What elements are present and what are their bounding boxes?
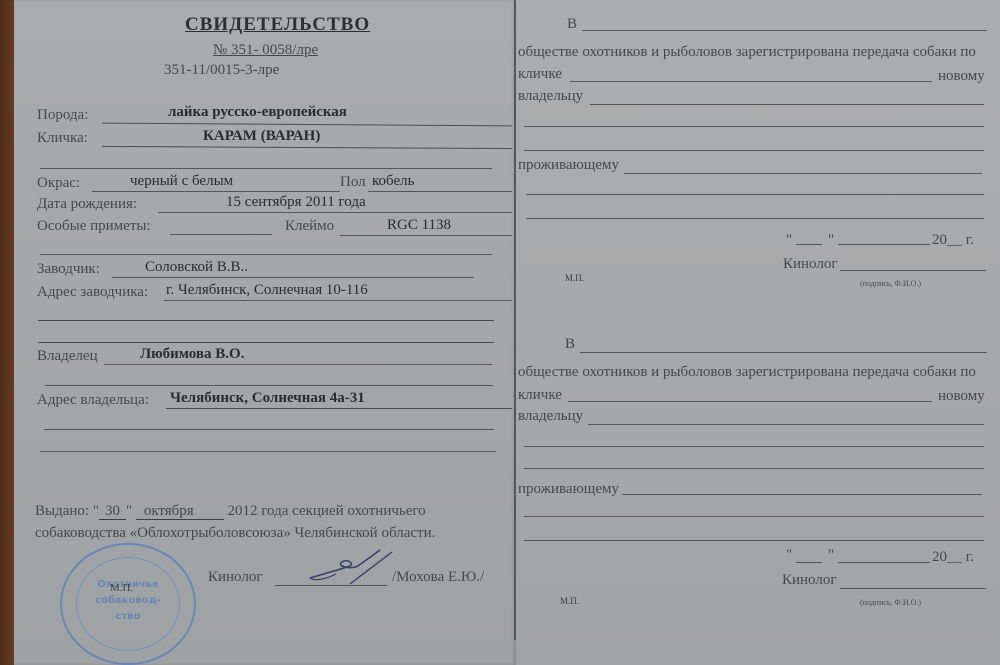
transfer1-name-label: кличке [518,66,562,83]
blank-line [38,342,494,343]
name-value: КАРАМ (ВАРАН) [203,128,320,145]
transfer2-residing-line [622,494,982,495]
transfer1-date-quote-open: " [786,232,792,249]
color-label: Окрас: [37,175,80,192]
special-marks-label: Особые приметы: [37,218,151,235]
certificate-title: СВИДЕТЕЛЬСТВО [185,14,370,36]
transfer-page [516,0,1000,665]
transfer1-residing-label: проживающему [518,157,619,174]
color-value: черный с белым [130,173,233,190]
transfer1-date-quote-close: " [828,232,834,249]
issued-day: 30 [99,503,126,520]
transfer1-in-label: В [567,16,577,33]
transfer1-residing-line [624,173,982,174]
transfer1-blank-line [526,218,984,219]
transfer2-name-label: кличке [518,387,562,404]
registration-number: 351-11/0015-3-лре [164,62,279,79]
signature-icon [300,548,400,593]
transfer1-date-month-line [838,244,930,245]
transfer2-date-quote-close: " [828,547,834,564]
owner-underline [104,364,492,365]
cynologist-name: /Мохова Е.Ю./ [392,569,484,586]
transfer2-blank-line [524,446,984,447]
sex-underline [368,191,512,192]
owner-address-label: Адрес владельца: [37,392,149,409]
issued-year-text: 2012 года секцией охотничьего [227,503,425,519]
birth-label: Дата рождения: [37,196,137,213]
blank-line [40,168,492,169]
brand-underline [340,235,512,236]
transfer1-cynologist-label: Кинолог [783,256,838,273]
transfer2-society-line [580,352,987,353]
issued-text: Выдано: "30" октября 2012 года секцией о… [35,503,426,520]
certificate-number: № 351- 0058/лре [213,42,318,59]
stamp-place-mark: М.П. [110,582,133,594]
sex-value: кобель [372,173,414,190]
breeder-underline [112,277,474,278]
breed-value: лайка русско-европейская [168,104,347,121]
transfer1-year-label: 20__ г. [932,232,974,249]
desk-background [0,0,14,665]
transfer1-date-day-line [796,244,822,245]
transfer2-mp: М.П. [560,596,579,606]
transfer2-signature-hint: (подпись, Ф.И.О.) [860,598,921,607]
transfer1-owner-label: владельцу [518,88,583,105]
stamp-text-3: ство [62,611,194,622]
birth-underline [158,212,512,213]
transfer2-date-day-line [796,562,822,563]
breeder-address-value: г. Челябинск, Солнечная 10-116 [166,282,368,299]
transfer2-year-label: 20__ г. [932,549,974,566]
transfer2-cynologist-line [840,588,986,589]
color-underline [92,191,340,192]
breeder-value: Соловской В.В.. [145,259,248,276]
transfer2-in-label: В [565,336,575,353]
brand-value: RGC 1138 [387,217,451,234]
breed-label: Порода: [37,107,88,124]
blank-line [44,429,494,430]
transfer1-society-line [582,30,987,31]
transfer1-blank-line [524,126,984,127]
transfer2-cynologist-label: Кинолог [782,572,837,589]
name-label: Кличка: [37,130,88,147]
transfer2-owner-line [588,424,984,425]
blank-line [38,320,494,321]
transfer1-society-text: обществе охотников и рыболовов зарегистр… [518,44,976,61]
transfer1-mp: М.П. [565,273,584,283]
transfer1-blank-line [526,194,984,195]
transfer1-cynologist-line [840,270,986,271]
transfer2-blank-line [524,516,984,517]
transfer2-residing-label: проживающему [518,481,619,498]
sex-label: Пол [340,174,366,191]
breeder-address-label: Адрес заводчика: [37,284,148,301]
special-marks-underline [170,234,272,235]
birth-value: 15 сентября 2011 года [226,194,366,211]
issued-prefix: Выдано: " [35,503,99,519]
transfer2-new-label: новому [938,388,985,405]
transfer2-blank-line [524,540,984,541]
transfer1-name-line [570,81,932,82]
transfer1-signature-hint: (подпись, Ф.И.О.) [860,279,921,288]
breeder-label: Заводчик: [37,261,100,278]
transfer2-society-text: обществе охотников и рыболовов зарегистр… [518,364,976,381]
stamp-text-2: собаковод- [62,595,194,606]
transfer1-owner-line [590,104,984,105]
transfer2-date-quote-open: " [786,547,792,564]
official-stamp: Охотничье собаковод- ство [60,543,196,665]
cynologist-label: Кинолог [208,569,263,586]
transfer2-name-line [568,401,932,402]
quote-close: " [126,503,132,519]
issued-line2: собаководства «Облохотрыболовсоюза» Челя… [35,525,435,542]
owner-label: Владелец [37,348,98,365]
owner-value: Любимова В.О. [140,346,244,363]
blank-line [40,254,492,255]
transfer1-blank-line [524,150,984,151]
transfer2-blank-line [524,468,984,469]
transfer1-new-label: новому [938,68,985,85]
breeder-address-underline [164,300,512,301]
blank-line [45,385,493,386]
transfer2-owner-label: владельцу [518,408,583,425]
owner-address-underline [166,408,512,409]
brand-label: Клеймо [285,218,334,235]
blank-line [40,451,496,452]
issued-month: октября [136,503,224,520]
transfer2-date-month-line [838,562,930,563]
owner-address-value: Челябинск, Солнечная 4а-31 [170,390,365,407]
